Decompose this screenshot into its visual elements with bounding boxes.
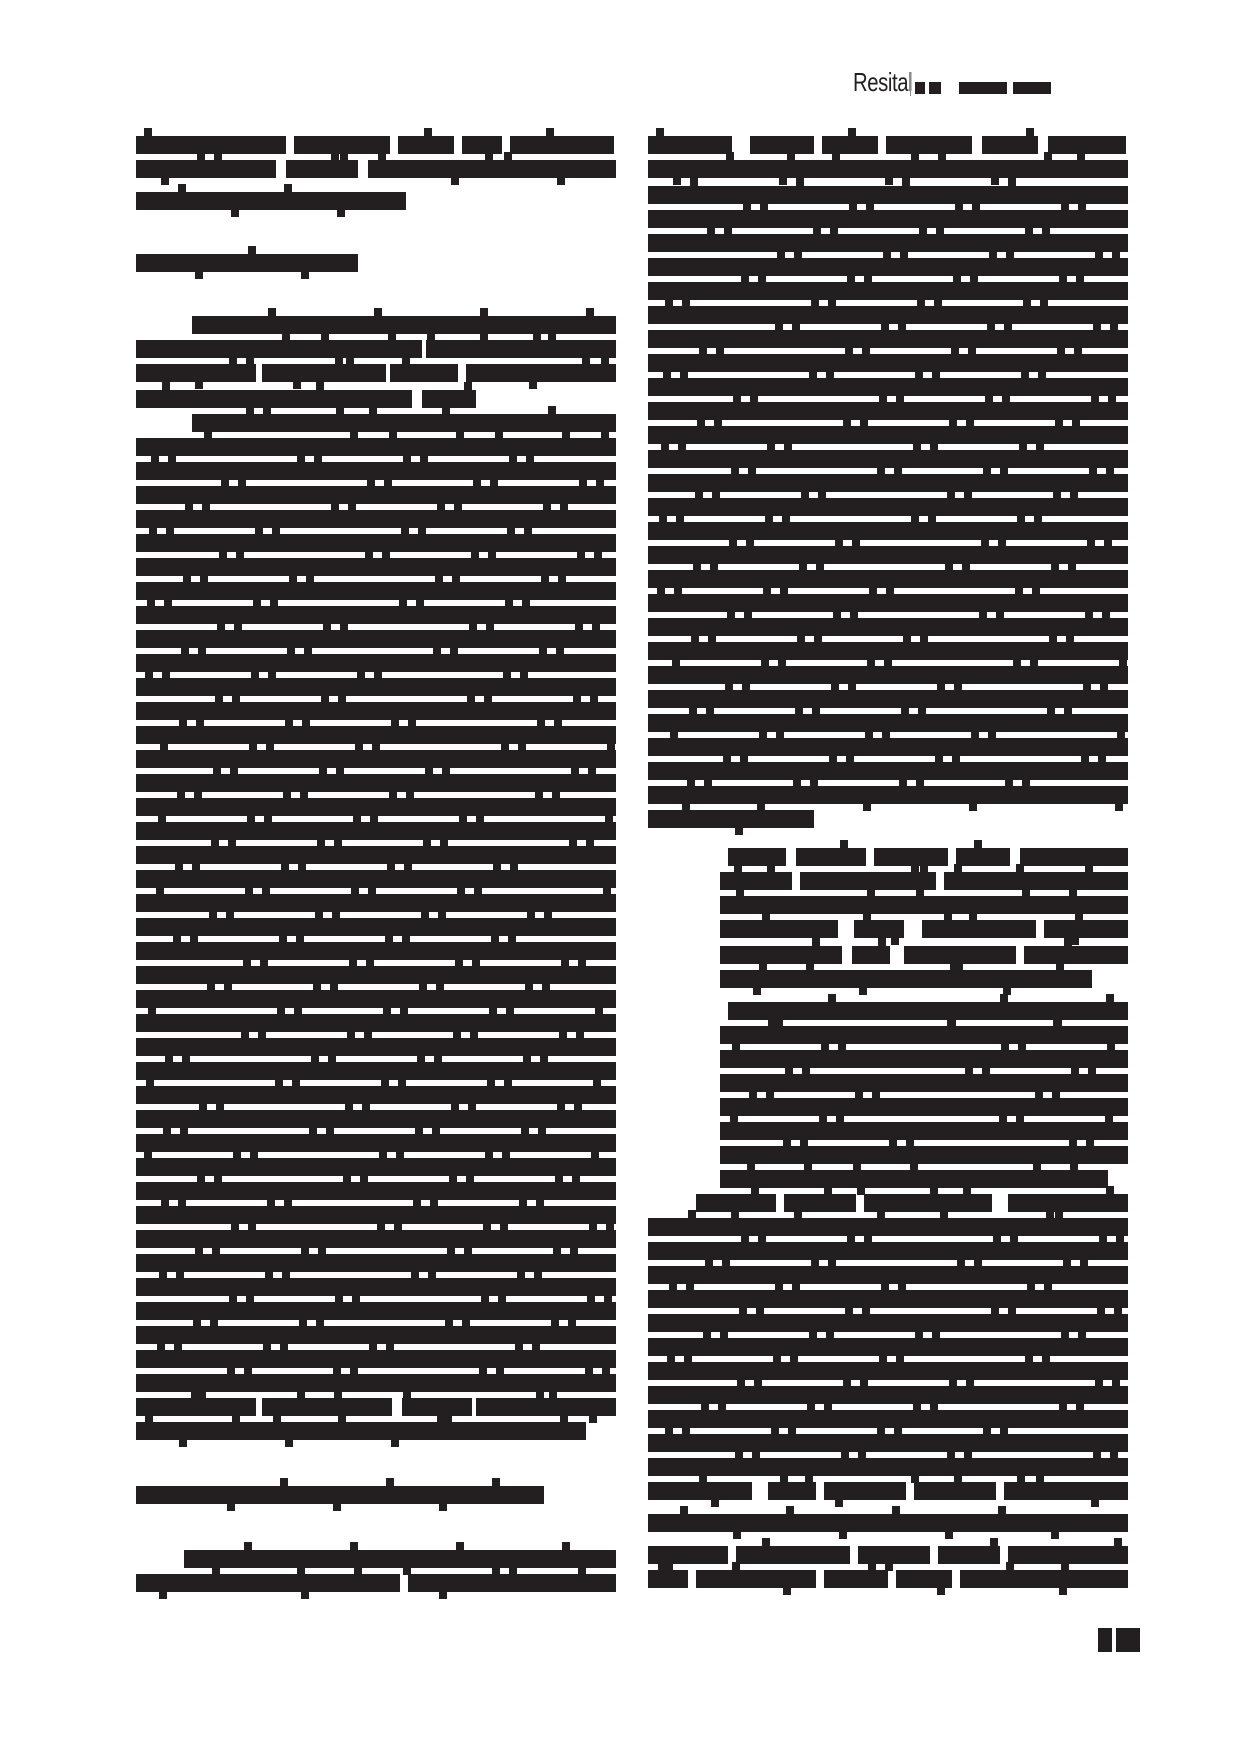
glyph-ascender [1056, 962, 1064, 970]
redaction-block [648, 1434, 1128, 1452]
glyph-ascender [780, 1474, 788, 1482]
glyph-ascender [434, 1054, 442, 1062]
redaction-block [922, 920, 1036, 938]
text-line-redacted [136, 822, 616, 840]
glyph-ascender [464, 382, 472, 390]
glyph-ascender [244, 1366, 252, 1374]
glyph-ascender [334, 838, 342, 846]
redaction-block [136, 990, 616, 1008]
glyph-ascender [164, 598, 172, 606]
glyph-ascender [588, 766, 596, 774]
glyph-ascender [382, 550, 390, 558]
text-line-redacted [136, 364, 616, 382]
glyph-ascender [752, 1450, 760, 1458]
glyph-ascender [418, 526, 426, 534]
glyph-ascender [450, 646, 458, 654]
text-line-redacted [648, 546, 1128, 564]
glyph-ascender [406, 790, 414, 798]
text-line-redacted [648, 666, 1128, 684]
glyph-ascender [1106, 466, 1114, 474]
glyph-ascender [338, 1414, 346, 1422]
glyph-ascender [326, 1126, 334, 1134]
glyph-ascender [1098, 754, 1106, 762]
glyph-ascender [974, 1258, 982, 1266]
glyph-ascender [806, 962, 814, 970]
block-quote-line-redacted [648, 1098, 1128, 1116]
text-line-redacted [136, 316, 616, 334]
glyph-ascender [578, 1566, 586, 1574]
glyph-ascender [1046, 1210, 1054, 1218]
glyph-ascender [1016, 1114, 1024, 1122]
glyph-ascender [350, 1542, 358, 1550]
glyph-ascender [318, 1246, 326, 1254]
glyph-ascender [776, 730, 784, 738]
glyph-ascender [1066, 634, 1074, 642]
redaction-block [136, 510, 616, 528]
redaction-block [136, 630, 616, 648]
glyph-ascender [674, 586, 682, 594]
glyph-ascender [488, 550, 496, 558]
glyph-ascender [1110, 322, 1118, 330]
glyph-ascender [762, 1538, 770, 1546]
glyph-ascender [293, 382, 301, 389]
glyph-ascender [1108, 394, 1116, 402]
glyph-ascender [456, 1542, 464, 1550]
redaction-block [956, 848, 1010, 866]
redaction-block [720, 1050, 1128, 1068]
glyph-ascender [301, 1592, 309, 1599]
glyph-ascender [732, 1562, 740, 1570]
glyph-ascender [1070, 490, 1078, 498]
redaction-block [390, 364, 458, 382]
glyph-ascender [161, 178, 169, 185]
glyph-ascender [1042, 1354, 1050, 1362]
glyph-ascender [394, 1222, 402, 1230]
redaction-block [136, 942, 616, 960]
glyph-ascender [558, 574, 566, 582]
glyph-ascender [438, 910, 446, 918]
glyph-ascender [753, 988, 761, 995]
glyph-ascender [848, 128, 856, 136]
glyph-ascender [228, 838, 236, 846]
block-quote-line-redacted [648, 848, 1128, 866]
text-line-redacted [136, 918, 616, 936]
redaction-block [648, 1514, 1128, 1532]
text-line-redacted [136, 1134, 616, 1152]
glyph-ascender [828, 1258, 836, 1266]
glyph-ascender [714, 418, 722, 426]
glyph-ascender [711, 1500, 719, 1507]
glyph-ascender [1059, 1588, 1067, 1595]
glyph-ascender [1078, 202, 1086, 210]
redaction-block [720, 946, 842, 964]
redaction-block [886, 136, 972, 154]
glyph-ascender [262, 886, 270, 894]
glyph-ascender [1008, 178, 1016, 186]
glyph-ascender [950, 962, 958, 970]
glyph-ascender [268, 670, 276, 678]
glyph-ascender [168, 454, 176, 462]
glyph-ascender [366, 958, 374, 966]
glyph-ascender [216, 1102, 224, 1110]
glyph-ascender [658, 1562, 666, 1570]
redaction-block [648, 210, 1128, 228]
glyph-ascender [148, 1006, 156, 1014]
glyph-ascender [740, 754, 748, 762]
glyph-ascender [260, 958, 268, 966]
glyph-ascender [886, 586, 894, 594]
redaction-block [648, 1410, 1128, 1428]
glyph-ascender [372, 742, 380, 750]
glyph-ascender [1038, 370, 1046, 378]
text-line-redacted [136, 1374, 616, 1392]
text-line-redacted [136, 1350, 616, 1368]
glyph-ascender [212, 1246, 220, 1254]
glyph-ascender [444, 1414, 452, 1422]
glyph-ascender [828, 994, 836, 1002]
glyph-ascender [280, 1342, 288, 1350]
glyph-ascender [804, 1162, 812, 1170]
glyph-ascender [480, 332, 488, 340]
glyph-ascender [1030, 658, 1038, 666]
glyph-ascender [204, 430, 212, 438]
glyph-ascender [900, 250, 908, 258]
block-quote-line-redacted [648, 1122, 1128, 1140]
glyph-ascender [824, 1186, 832, 1194]
text-line-redacted [648, 234, 1128, 252]
redaction-block [136, 462, 616, 480]
glyph-ascender [440, 838, 448, 846]
glyph-ascender [885, 178, 893, 185]
redaction-block [854, 920, 904, 938]
glyph-ascender [296, 934, 304, 942]
glyph-ascender [590, 694, 598, 702]
glyph-ascender [451, 178, 459, 185]
glyph-ascender [214, 1174, 222, 1182]
glyph-ascender [384, 478, 392, 486]
glyph-ascender [304, 646, 312, 654]
redaction-block [648, 450, 1128, 468]
glyph-ascender [1076, 274, 1084, 282]
glyph-ascender [758, 1234, 766, 1242]
text-line-redacted [136, 630, 616, 648]
glyph-ascender [779, 178, 787, 185]
text-line-redacted [136, 1182, 616, 1200]
glyph-ascender [195, 272, 203, 279]
glyph-ascender [298, 862, 306, 870]
glyph-ascender [330, 982, 338, 990]
text-line-redacted [136, 774, 616, 792]
glyph-ascender [284, 1198, 292, 1206]
journal-name: Resital [853, 66, 912, 98]
redaction-block [402, 1398, 472, 1416]
glyph-ascender [520, 670, 528, 678]
glyph-ascender [336, 766, 344, 774]
glyph-ascender [792, 1282, 800, 1290]
redaction-block [136, 1158, 616, 1176]
redaction-block [896, 1570, 952, 1588]
glyph-ascender [1071, 938, 1079, 945]
glyph-ascender [708, 634, 716, 642]
redaction-block [136, 1326, 616, 1344]
glyph-ascender [452, 574, 460, 582]
glyph-ascender [1114, 1538, 1122, 1546]
glyph-ascender [788, 1426, 796, 1434]
redaction-block [929, 82, 941, 94]
glyph-ascender [762, 912, 770, 920]
redaction-block [136, 822, 616, 840]
glyph-ascender [474, 886, 482, 894]
glyph-ascender [932, 1330, 940, 1338]
redaction-block [648, 594, 1128, 612]
glyph-ascender [920, 864, 928, 872]
redaction-block [648, 474, 1128, 492]
glyph-ascender [538, 1126, 546, 1134]
glyph-ascender [428, 1270, 436, 1278]
text-line-redacted [648, 786, 1128, 804]
redaction-block [648, 690, 1128, 708]
glyph-ascender [1088, 1066, 1096, 1074]
redaction-block [1048, 136, 1126, 154]
redaction-block [136, 1574, 400, 1592]
glyph-ascender [144, 128, 152, 136]
glyph-ascender [350, 1366, 358, 1374]
glyph-ascender [236, 550, 244, 558]
glyph-ascender [582, 356, 590, 364]
block-quote-line-redacted [648, 1050, 1128, 1068]
glyph-ascender [902, 178, 910, 186]
redaction-block [136, 1062, 616, 1080]
glyph-ascender [1006, 250, 1014, 258]
redaction-block [398, 136, 454, 154]
glyph-ascender [944, 912, 952, 920]
redaction-block [262, 364, 386, 382]
glyph-ascender [860, 418, 868, 426]
redaction-block [262, 1398, 392, 1416]
glyph-ascender [156, 886, 164, 894]
glyph-ascender [872, 1090, 880, 1098]
redaction-block [648, 234, 1128, 252]
glyph-ascender [404, 862, 412, 870]
glyph-ascender [1076, 1402, 1084, 1410]
glyph-ascender [292, 1078, 300, 1086]
glyph-ascender [858, 1450, 866, 1458]
glyph-ascender [198, 1390, 206, 1398]
glyph-ascender [1080, 1258, 1088, 1266]
glyph-ascender [508, 934, 516, 942]
glyph-ascender [518, 742, 526, 750]
redaction-block [136, 1486, 544, 1504]
glyph-ascender [354, 1566, 362, 1574]
redaction-block [136, 870, 616, 888]
glyph-ascender [332, 910, 340, 918]
block-quote-line-redacted [648, 872, 1128, 890]
glyph-ascender [510, 862, 518, 870]
glyph-ascender [232, 694, 240, 702]
glyph-ascender [300, 790, 308, 798]
glyph-ascender [536, 1390, 544, 1398]
redaction-block [736, 1546, 850, 1564]
redaction-block [696, 1194, 776, 1212]
glyph-ascender [166, 526, 174, 534]
glyph-ascender [744, 610, 752, 618]
glyph-ascender [336, 406, 344, 414]
glyph-ascender [826, 370, 834, 378]
text-line-redacted [136, 192, 616, 210]
glyph-ascender [337, 210, 345, 217]
glyph-ascender [234, 622, 242, 630]
glyph-ascender [852, 538, 860, 546]
glyph-ascender [710, 562, 718, 570]
text-line-redacted [648, 426, 1128, 444]
redaction-block [136, 678, 616, 696]
glyph-ascender [496, 1366, 504, 1374]
glyph-ascender [246, 406, 254, 414]
text-line-redacted [136, 1254, 616, 1272]
glyph-ascender [974, 840, 982, 848]
text-line-redacted [136, 390, 616, 408]
glyph-ascender [814, 634, 822, 642]
glyph-ascender [270, 598, 278, 606]
glyph-ascender [439, 1504, 447, 1511]
glyph-ascender [945, 1532, 953, 1539]
glyph-ascender [830, 226, 838, 234]
text-line-redacted [648, 618, 1128, 636]
redaction-block [184, 1550, 616, 1568]
redaction-block [648, 1338, 1128, 1356]
text-line-redacted [648, 1266, 1128, 1284]
glyph-ascender [906, 1138, 914, 1146]
glyph-ascender [838, 1042, 846, 1050]
glyph-ascender [1044, 152, 1052, 160]
redaction-block [476, 1398, 616, 1416]
redaction-block [720, 1170, 1108, 1188]
glyph-ascender [1068, 562, 1076, 570]
redaction-block [136, 582, 616, 600]
text-line-redacted [648, 1410, 1128, 1428]
glyph-ascender [576, 1030, 584, 1038]
redaction-block [648, 546, 1128, 564]
glyph-ascender [178, 1198, 186, 1206]
glyph-ascender [1000, 466, 1008, 474]
glyph-ascender [790, 1354, 798, 1362]
glyph-ascender [1006, 1562, 1014, 1570]
glyph-ascender [560, 1414, 568, 1422]
glyph-ascender [606, 1222, 614, 1230]
redaction-block [648, 762, 1128, 780]
redaction-block [648, 1218, 1128, 1236]
glyph-ascender [966, 1378, 974, 1386]
text-line-redacted [136, 160, 616, 178]
glyph-ascender [1091, 1500, 1099, 1507]
glyph-ascender [868, 1562, 876, 1570]
text-line-redacted [648, 690, 1128, 708]
text-line-redacted [136, 1086, 616, 1104]
glyph-ascender [730, 1114, 738, 1122]
glyph-ascender [264, 814, 272, 822]
text-line-redacted [136, 942, 616, 960]
glyph-ascender [596, 478, 604, 486]
glyph-ascender [338, 694, 346, 702]
glyph-ascender [754, 1378, 762, 1386]
glyph-ascender [592, 622, 600, 630]
text-line-redacted [136, 1206, 616, 1224]
redaction-block [1024, 946, 1128, 964]
glyph-ascender [420, 454, 428, 462]
glyph-ascender [578, 958, 586, 966]
glyph-ascender [1000, 1426, 1008, 1434]
glyph-ascender [930, 1186, 938, 1194]
glyph-ascender [792, 322, 800, 330]
redaction-block [824, 1570, 888, 1588]
glyph-ascender [388, 332, 396, 340]
glyph-ascender [504, 152, 512, 160]
glyph-ascender [1034, 514, 1042, 522]
glyph-ascender [996, 610, 1004, 618]
glyph-ascender [850, 610, 858, 618]
glyph-ascender [468, 1102, 476, 1110]
glyph-ascender [916, 888, 924, 896]
glyph-ascender [210, 1318, 218, 1326]
text-line-redacted [648, 1482, 1128, 1500]
redaction-block [136, 1086, 616, 1104]
glyph-ascender [176, 1270, 184, 1278]
text-line-redacted [648, 474, 1128, 492]
glyph-ascender [556, 646, 564, 654]
glyph-ascender [784, 442, 792, 450]
glyph-ascender [570, 1246, 578, 1254]
glyph-ascender [1106, 1186, 1114, 1194]
redaction-block [136, 1014, 616, 1032]
text-line-redacted [648, 1194, 1128, 1212]
redaction-block [136, 1374, 616, 1392]
glyph-ascender [544, 910, 552, 918]
glyph-ascender [680, 370, 688, 378]
glyph-ascender [432, 1126, 440, 1134]
glyph-ascender [548, 332, 556, 340]
text-line-redacted [136, 1278, 616, 1296]
glyph-ascender [534, 1270, 542, 1278]
redaction-block [136, 1182, 616, 1200]
section-heading-redacted [136, 1486, 616, 1504]
glyph-ascender [174, 1342, 182, 1350]
glyph-ascender [802, 1066, 810, 1074]
glyph-ascender [439, 1592, 447, 1599]
redaction-block [720, 1098, 1128, 1116]
redaction-block [696, 1570, 816, 1588]
glyph-ascender [532, 1342, 540, 1350]
redaction-block [368, 160, 616, 178]
redaction-block [915, 82, 925, 94]
redaction-block [720, 896, 1128, 914]
glyph-ascender [682, 802, 690, 810]
redaction-block [648, 354, 1128, 372]
glyph-ascender [672, 658, 680, 666]
redaction-block [648, 136, 732, 154]
redaction-block [136, 1422, 586, 1440]
redaction-block [136, 136, 286, 154]
glyph-ascender [768, 1018, 776, 1026]
redaction-block [648, 810, 814, 828]
glyph-ascender [542, 982, 550, 990]
redaction-block [648, 618, 1128, 636]
glyph-ascender [1022, 888, 1030, 896]
glyph-ascender [378, 152, 386, 160]
redaction-block [136, 558, 616, 576]
text-line-redacted [136, 1230, 616, 1248]
redaction-block [136, 438, 616, 456]
text-line-redacted [648, 1458, 1128, 1476]
